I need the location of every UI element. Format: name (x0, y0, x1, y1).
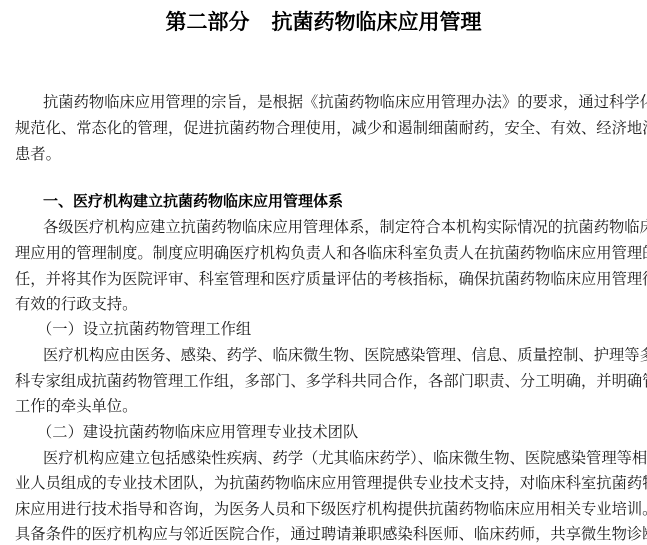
section1-line-2: 理应用的管理制度。制度应明确医疗机构负责人和各临床科室负责人在抗菌药物临床应用管… (15, 240, 617, 266)
subsection-heading-2: （二）建设抗菌药物临床应用管理专业技术团队 (37, 419, 358, 445)
sub1-line-2: 科专家组成抗菌药物管理工作组，多部门、多学科共同合作，各部门职责、分工明确，并明… (15, 368, 617, 394)
section1-line-4: 有效的行政支持。 (15, 291, 617, 317)
section-heading-1: 一、医疗机构建立抗菌药物临床应用管理体系 (43, 188, 343, 214)
section1-line-1: 各级医疗机构应建立抗菌药物临床应用管理体系，制定符合本机构实际情况的抗菌药物临床… (43, 214, 617, 240)
section1-line-3: 任，并将其作为医院评审、科室管理和医疗质量评估的考核指标，确保抗菌药物临床应用管… (15, 266, 617, 292)
intro-line-3: 患者。 (15, 141, 617, 167)
sub2-line-3: 床应用进行技术指导和咨询，为医务人员和下级医疗机构提供抗菌药物临床应用相关专业培… (15, 496, 617, 522)
sub1-line-1: 医疗机构应由医务、感染、药学、临床微生物、医院感染管理、信息、质量控制、护理等多… (43, 342, 617, 368)
title-part: 第二部分 (166, 10, 250, 34)
intro-line-1: 抗菌药物临床应用管理的宗旨，是根据《抗菌药物临床应用管理办法》的要求，通过科学化… (43, 89, 617, 115)
sub1-line-3: 工作的牵头单位。 (15, 393, 617, 419)
document-page: 第二部分抗菌药物临床应用管理 抗菌药物临床应用管理的宗旨，是根据《抗菌药物临床应… (0, 0, 647, 545)
subsection-heading-1: （一）设立抗菌药物管理工作组 (37, 316, 251, 342)
intro-line-2: 规范化、常态化的管理，促进抗菌药物合理使用，减少和遏制细菌耐药，安全、有效、经济… (15, 115, 617, 141)
page-title: 第二部分抗菌药物临床应用管理 (0, 6, 647, 38)
sub2-line-1: 医疗机构应建立包括感染性疾病、药学（尤其临床药学）、临床微生物、医院感染管理等相… (43, 445, 617, 471)
title-main: 抗菌药物临床应用管理 (272, 10, 482, 34)
sub2-line-4: 具备条件的医疗机构应与邻近医院合作，通过聘请兼职感染科医师、临床药师，共享微生物… (15, 521, 617, 545)
sub2-line-2: 业人员组成的专业技术团队，为抗菌药物临床应用管理提供专业技术支持，对临床科室抗菌… (15, 470, 617, 496)
